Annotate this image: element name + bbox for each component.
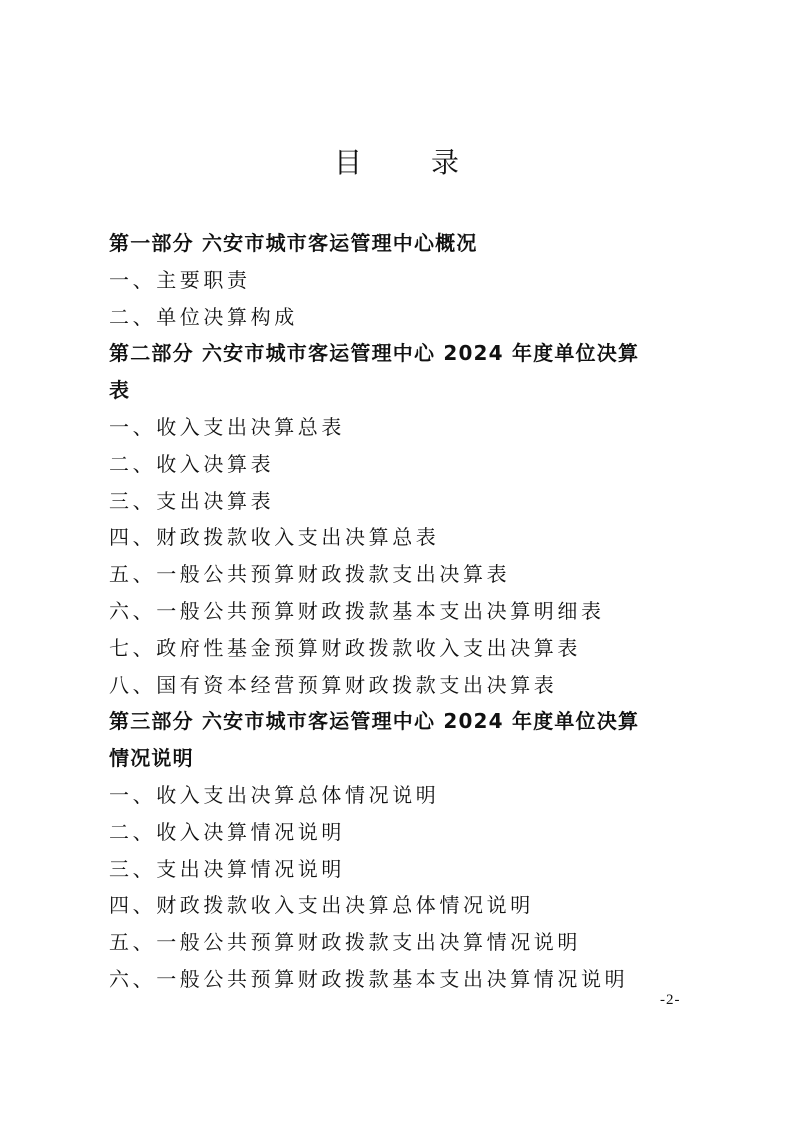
toc-part-3-heading[interactable]: 第三部分 六安市城市客运管理中心 2024 年度单位决算 <box>109 703 709 740</box>
toc-part-2-heading-continued[interactable]: 表 <box>109 372 709 409</box>
toc-item[interactable]: 七、政府性基金预算财政拨款收入支出决算表 <box>109 630 709 667</box>
toc-item[interactable]: 八、国有资本经营预算财政拨款支出决算表 <box>109 667 709 704</box>
toc-item[interactable]: 六、一般公共预算财政拨款基本支出决算明细表 <box>109 593 709 630</box>
toc-item[interactable]: 二、单位决算构成 <box>109 299 709 336</box>
toc-item[interactable]: 五、一般公共预算财政拨款支出决算情况说明 <box>109 924 709 961</box>
toc-item[interactable]: 二、收入决算情况说明 <box>109 814 709 851</box>
toc-item[interactable]: 一、收入支出决算总体情况说明 <box>109 777 709 814</box>
toc-item[interactable]: 一、主要职责 <box>109 262 709 299</box>
toc-item[interactable]: 五、一般公共预算财政拨款支出决算表 <box>109 556 709 593</box>
toc-item[interactable]: 四、财政拨款收入支出决算总表 <box>109 519 709 556</box>
page-number: -2- <box>660 990 681 1010</box>
toc-part-3-heading-continued[interactable]: 情况说明 <box>109 740 709 777</box>
toc-item[interactable]: 六、一般公共预算财政拨款基本支出决算情况说明 <box>109 961 709 998</box>
toc-item[interactable]: 一、收入支出决算总表 <box>109 409 709 446</box>
page-title: 目 录 <box>0 143 793 183</box>
toc-item[interactable]: 三、支出决算表 <box>109 483 709 520</box>
toc-part-1-heading[interactable]: 第一部分 六安市城市客运管理中心概况 <box>109 225 709 262</box>
document-page: 目 录 第一部分 六安市城市客运管理中心概况 一、主要职责 二、单位决算构成 第… <box>0 0 793 1122</box>
toc-item[interactable]: 四、财政拨款收入支出决算总体情况说明 <box>109 887 709 924</box>
toc-part-2-heading[interactable]: 第二部分 六安市城市客运管理中心 2024 年度单位决算 <box>109 335 709 372</box>
toc-item[interactable]: 二、收入决算表 <box>109 446 709 483</box>
table-of-contents: 第一部分 六安市城市客运管理中心概况 一、主要职责 二、单位决算构成 第二部分 … <box>109 225 709 998</box>
toc-item[interactable]: 三、支出决算情况说明 <box>109 851 709 888</box>
